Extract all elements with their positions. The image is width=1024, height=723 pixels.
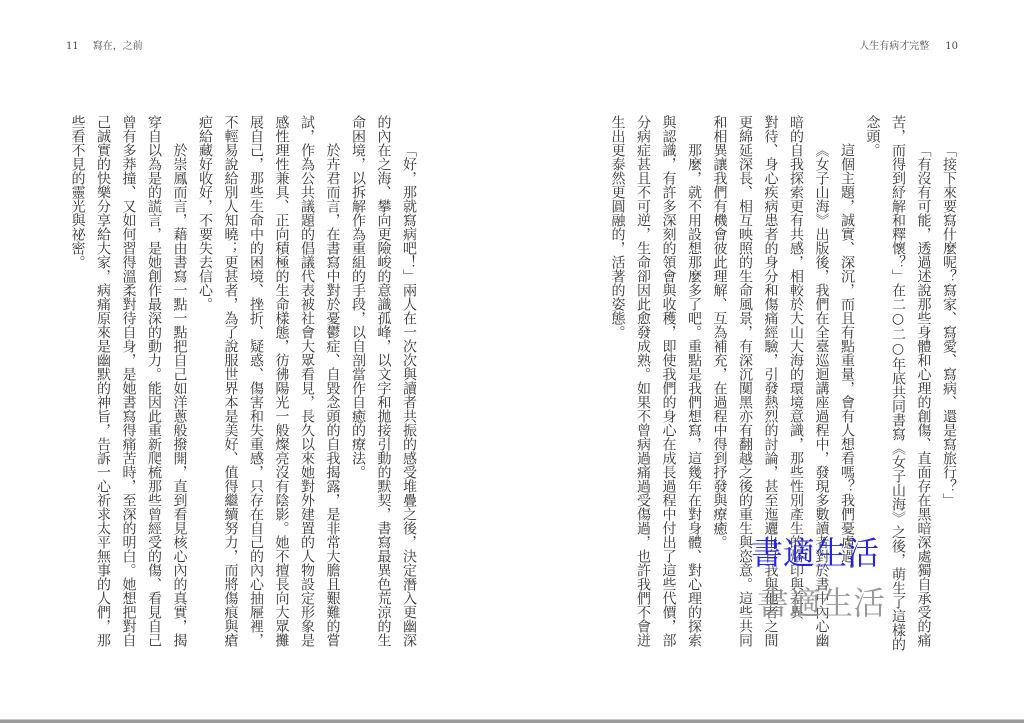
text-column: 些看不見的靈光與祕密。 [64,115,90,660]
left-page-body: 「好，那就寫病吧！」兩人在一次次與讀者共振的感受堆疊之後，決定潛入更幽深 的內在… [64,115,421,660]
paragraph: 「好，那就寫病吧！」兩人在一次次與讀者共振的感受堆疊之後，決定潛入更幽深 的內在… [345,115,422,660]
paragraph: 那麼，就不用設想那麼多了吧。重點是我們想寫，這幾年在對身體、對心理的探索 與認識… [604,115,706,660]
text-column: 念頭。 [859,115,885,660]
text-column: 分病症甚且不可逆，生命卻因此愈發成熟。如果不曾病過痛過受傷過，也許我們不會迸 [630,115,656,660]
paragraph: 於崇鳳而言，藉由書寫一點一點把自己如洋蔥般撥開，直到看見核心內的真實，揭 穿自以… [64,115,192,660]
text-column: 穿自以為是的謊言，是她創作最深的動力。能因此重新爬梳那些曾經受的傷、看見自己 [141,115,167,660]
text-column: 苦，而得到紓解和釋懷？」在二○二○年底共同書寫《女子山海》之後，萌生了這樣的 [885,115,911,660]
right-page-number: 10 [945,40,958,54]
paragraph: 「接下來要寫什麼呢？寫家、寫愛、寫病、還是寫旅行？」 [936,115,962,660]
text-column: 和相異讓我們有機會彼此理解、互為補充，在過程中得到抒發與療癒。 [706,115,732,660]
text-column: 曾有多莽撞、又如何習得溫柔對待自身，是她書寫得痛苦時，至深的明白。她想把對自 [115,115,141,660]
text-column: 這個主題，誠實、深沉，而且有點重量，會有人想看嗎？我們憂慮過。 [834,115,860,660]
text-column: 暗的自我探索更有共感，相較於大山大海的環境意識，那些性別產生的烙印與差異 [783,115,809,660]
text-column: 於卉君而言，在書寫中對於憂鬱症、自毀念頭的自我揭露，是非常大膽且艱難的嘗 [319,115,345,660]
text-column: 那麼，就不用設想那麼多了吧。重點是我們想寫，這幾年在對身體、對心理的探索 [681,115,707,660]
text-column: 「接下來要寫什麼呢？寫家、寫愛、寫病、還是寫旅行？」 [936,115,962,660]
text-column: 於崇鳳而言，藉由書寫一點一點把自己如洋蔥般撥開，直到看見核心內的真實，揭 [166,115,192,660]
right-running-head: 人生有病才完整10 [859,40,958,54]
left-running-head: 11寫在，之前 [66,40,143,54]
text-column: 展自己，那些生命中的困境、挫折、疑惑、傷害和失重感，只存在自己的內心抽屜裡， [243,115,269,660]
text-column: 試，作為公共議題的倡議代表被社會大眾看見，長久以來她對外建置的人物設定形象是 [294,115,320,660]
text-column: 與認識，有許多深刻的領會與收穫，即使我們的身心在成長過程中付出了這些代價，部 [655,115,681,660]
text-column: 感性理性兼具、正向積極的生命樣態，彷彿陽光一般燦亮沒有陰影。她不擅長向大眾攤 [268,115,294,660]
left-running-title: 寫在，之前 [93,41,143,52]
paragraph: 「有沒有可能，透過述說那些身體和心理的創傷、直面存在黑暗深處獨自承受的痛 苦，而… [859,115,936,660]
paragraph: 於卉君而言，在書寫中對於憂鬱症、自毀念頭的自我揭露，是非常大膽且艱難的嘗 試，作… [192,115,345,660]
text-column: 更綿延深長、相互映照的生命風景，有深沉闃黑亦有翻越之後的重生與恣意。這些共同 [732,115,758,660]
text-column: 己誠實的快樂分享給大家，病痛原來是幽默的神旨，告訴一心祈求太平無事的人們，那 [90,115,116,660]
bottom-edge-bar [0,719,1024,723]
left-page-number: 11 [66,40,79,54]
text-column: 生出更泰然更圓融的，活著的姿態。 [604,115,630,660]
right-page-body: 「接下來要寫什麼呢？寫家、寫愛、寫病、還是寫旅行？」 「有沒有可能，透過述說那些… [604,115,961,660]
text-column: 《女子山海》出版後，我們在全臺巡迴講座過程中，發現多數讀者對於書中內心幽 [808,115,834,660]
text-column: 對待、身心疾病患者的身分和傷痛經驗，引發熱烈的討論，甚至迤邐出自我與他者之間 [757,115,783,660]
paragraph: 這個主題，誠實、深沉，而且有點重量，會有人想看嗎？我們憂慮過。 [834,115,860,660]
text-column: 「有沒有可能，透過述說那些身體和心理的創傷、直面存在黑暗深處獨自承受的痛 [910,115,936,660]
text-column: 不輕易說給別人知曉；更甚者，為了說服世界本是美好、值得繼續努力，而將傷痕與瘡 [217,115,243,660]
text-column: 「好，那就寫病吧！」兩人在一次次與讀者共振的感受堆疊之後，決定潛入更幽深 [396,115,422,660]
text-column: 的內在之海、攀向更險峻的意識孤峰，以文字和拋接引動的默契，書寫最異色荒涼的生 [370,115,396,660]
paragraph: 《女子山海》出版後，我們在全臺巡迴講座過程中，發現多數讀者對於書中內心幽 暗的自… [706,115,834,660]
text-column: 疤給藏好收好，不要失去信心。 [192,115,218,660]
right-running-title: 人生有病才完整 [859,41,929,52]
text-column: 命困境，以拆解作為重組的手段，以自剖當作自癒的療法。 [345,115,371,660]
